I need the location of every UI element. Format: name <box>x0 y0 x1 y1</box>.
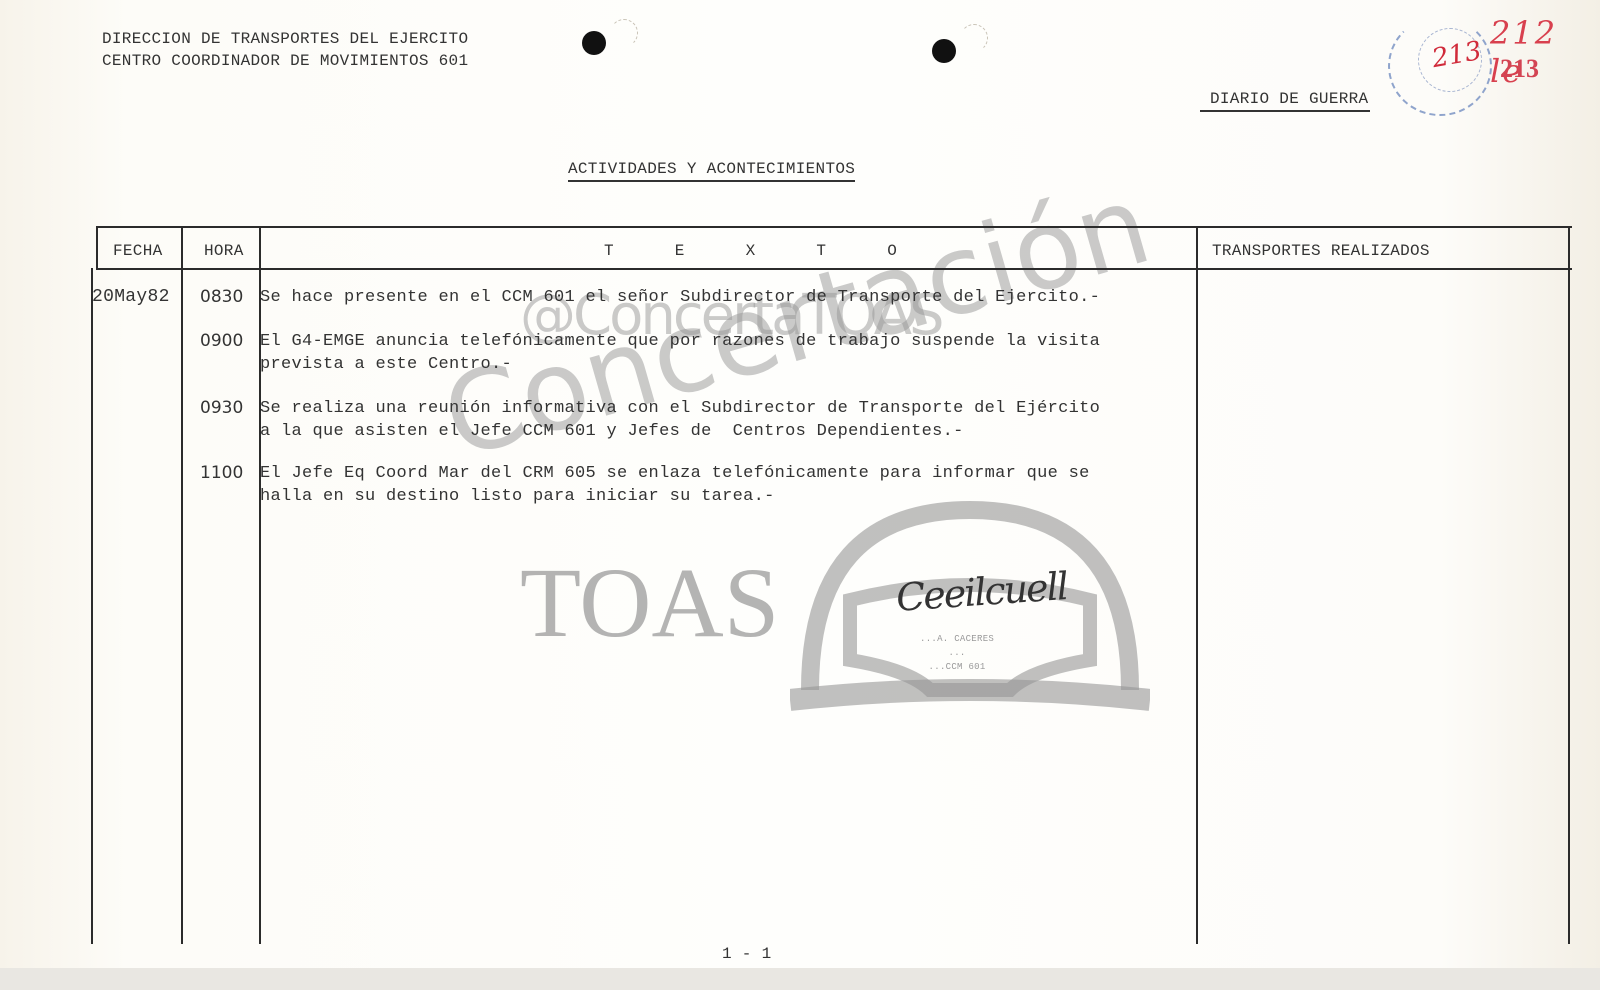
scan-bottom-edge <box>0 968 1600 990</box>
header-line-1: DIRECCION DE TRANSPORTES DEL EJERCITO <box>102 28 468 50</box>
watermark-brand: TOAS <box>520 545 779 660</box>
signature-caption: ...A. CACERES ... ...CCM 601 <box>920 632 994 674</box>
fecha-divider <box>181 226 183 944</box>
entry-time: 1100 <box>200 463 243 483</box>
column-header-texto: T E X T O <box>604 242 911 260</box>
punch-hole-ghost-icon <box>610 19 638 47</box>
table-left-border <box>91 268 93 944</box>
table-right-border <box>1568 226 1570 944</box>
entry-time: 0930 <box>200 398 243 418</box>
entry-time: 0900 <box>200 331 243 351</box>
doc-type-title: DIARIO DE GUERRA <box>1200 90 1370 112</box>
document-page: DIRECCION DE TRANSPORTES DEL EJERCITO CE… <box>0 0 1600 990</box>
punch-hole-ghost-icon <box>960 24 988 52</box>
column-header-transportes: TRANSPORTES REALIZADOS <box>1212 242 1430 260</box>
table-left-border <box>96 226 98 270</box>
column-header-fecha: FECHA <box>113 242 163 260</box>
section-subtitle: ACTIVIDADES Y ACONTECIMIENTOS <box>568 160 855 182</box>
texto-divider <box>1196 226 1198 944</box>
page-number: 1 - 1 <box>722 945 772 963</box>
table-header-border <box>96 268 1572 270</box>
entry-text: El G4-EMGE anuncia telefónicamente que p… <box>260 330 1100 376</box>
entry-text: Se hace presente en el CCM 601 el señor … <box>260 286 1100 309</box>
entry-time: 0830 <box>200 287 243 307</box>
table-top-border <box>96 226 1572 228</box>
header-line-2: CENTRO COORDINADOR DE MOVIMIENTOS 601 <box>102 50 468 72</box>
column-header-hora: HORA <box>204 242 244 260</box>
punch-hole-icon <box>932 39 956 63</box>
entry-text: El Jefe Eq Coord Mar del CRM 605 se enla… <box>260 462 1090 508</box>
punch-hole-icon <box>582 31 606 55</box>
folio-typed: 213 <box>1500 54 1539 84</box>
entry-date: 20May82 <box>92 287 170 307</box>
entry-text: Se realiza una reunión informativa con e… <box>260 397 1100 443</box>
